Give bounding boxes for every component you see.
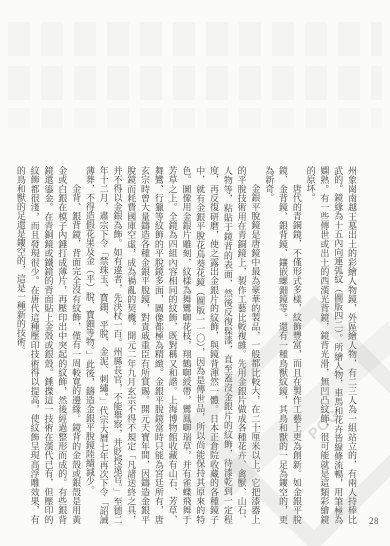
page-showthrough-band (8, 108, 382, 128)
page-showthrough-band (8, 66, 382, 100)
paragraph-colored-mirror: 州象崗南越王墓出土的彩繪人物鏡，外區繪人物，有二三人為一組站立的，有兩人持棒比武… (303, 166, 358, 524)
page-showthrough-band (8, 22, 382, 56)
vertical-text-block: 州象崗南越王墓出土的彩繪人物鏡，外區繪人物，有二三人為一組站立的，有兩人持棒比武… (14, 166, 358, 524)
book-page-scan: 州象崗南越王墓出土的彩繪人物鏡，外區繪人物，有二三人為一組站立的，有兩人持棒比武… (0, 0, 390, 546)
page-number: 28 (369, 516, 379, 526)
paragraph-gold-silver-pingtuo: 金銀平脫鏡是唐鏡中最為豪華的製品，一般都比較大，在二十厘米以上。它把漆器上的平脫… (82, 166, 261, 524)
paragraph-tang-mirror-intro: 唐代的青銅鏡，不僅形式多樣，紋飾豐富，而且在製作工藝上更為創新。如金銀平脫鏡、金… (261, 166, 302, 524)
paragraph-gold-silver-back-mirror: 金背、銀背鏡，背面完全沒有紋飾，僅有一周較寬的邊緣。鏡背的金殼或銀殼是用黃金或白… (13, 166, 82, 524)
